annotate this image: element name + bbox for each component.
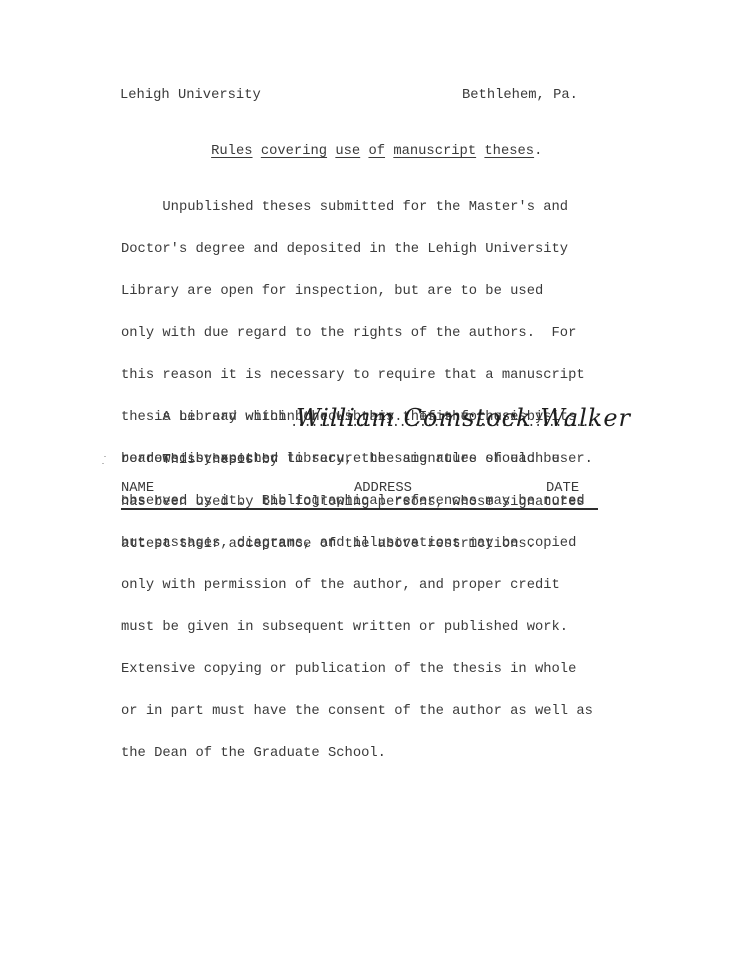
signature-table-rule [121, 508, 598, 510]
title-word: Rules [211, 144, 252, 159]
text-line: this reason it is necessary to require t… [121, 369, 593, 383]
scan-speck [104, 456, 106, 457]
title-period: . [534, 144, 542, 159]
text-line: Unpublished theses submitted for the Mas… [121, 201, 593, 215]
text-line: attest their acceptance of the above res… [121, 538, 585, 552]
scan-speck [102, 463, 104, 464]
text-line: only with permission of the author, and … [121, 579, 593, 593]
institution-name: Lehigh University [120, 89, 261, 103]
text-line: the Dean of the Graduate School. [121, 747, 593, 761]
location: Bethlehem, Pa. [462, 89, 578, 103]
title-word: covering [261, 144, 327, 159]
rules-document-page: Lehigh University Bethlehem, Pa. Rules c… [0, 0, 750, 971]
document-title: Rules covering use of manuscript theses. [178, 131, 542, 173]
title-word: manuscript [393, 144, 476, 159]
column-header-date: DATE [546, 482, 579, 496]
thesis-by-prefix: This thesis by [121, 454, 585, 468]
text-line: Extensive copying or publication of the … [121, 663, 593, 677]
scan-speck [430, 503, 432, 504]
column-header-name: NAME [121, 482, 154, 496]
text-line: Library are open for inspection, but are… [121, 285, 593, 299]
scan-speck [396, 538, 398, 539]
text-line: Doctor's degree and deposited in the Leh… [121, 243, 593, 257]
title-word: use [335, 144, 360, 159]
text-line: or in part must have the consent of the … [121, 705, 593, 719]
acceptance-paragraph: This thesis by has been used by the foll… [121, 426, 585, 580]
text-line: must be given in subsequent written or p… [121, 621, 593, 635]
title-word: theses [484, 144, 534, 159]
scan-speck [420, 502, 422, 503]
author-signature: William Comstock Walker [296, 411, 631, 425]
text-line: only with due regard to the rights of th… [121, 327, 593, 341]
title-word: of [368, 144, 385, 159]
column-header-address: ADDRESS [354, 482, 412, 496]
